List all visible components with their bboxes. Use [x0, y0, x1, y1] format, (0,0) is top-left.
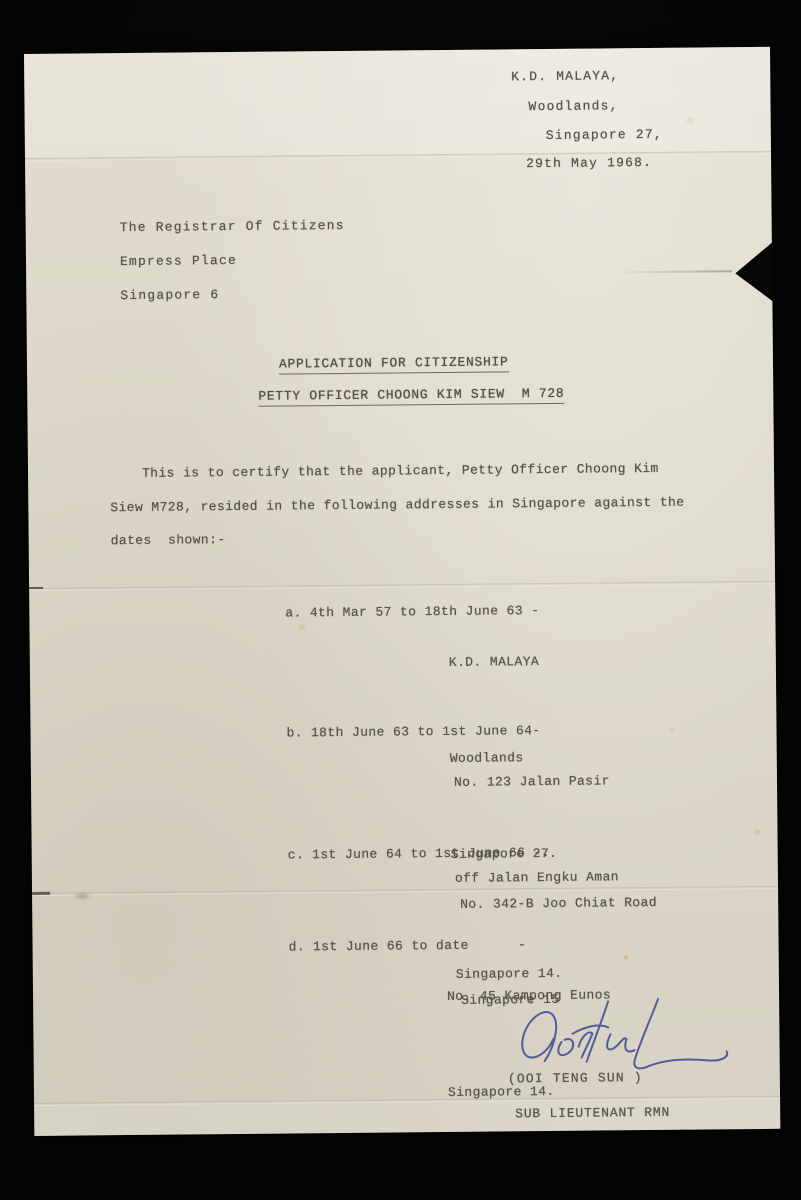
sender-line: Woodlands,: [528, 98, 618, 114]
residence-label: b.: [286, 725, 303, 740]
title-line-1: APPLICATION FOR CITIZENSHIP: [279, 354, 509, 374]
recipient-line: Singapore 6: [120, 287, 219, 303]
title-line-2: PETTY OFFICER CHOONG KIM SIEW M 728: [258, 386, 564, 407]
signatory-rank: SUB LIEUTENANT RMN: [515, 1105, 670, 1121]
sender-line: K.D. MALAYA,: [511, 68, 619, 84]
scanned-letter: K.D. MALAYA, Woodlands, Singapore 27, 29…: [24, 47, 780, 1136]
address-line: No. 123 Jalan Pasir: [454, 765, 618, 799]
stain: [753, 828, 761, 836]
signatory-name: (OOI TENG SUN ): [508, 1070, 643, 1086]
tear-crease-line: [616, 270, 732, 273]
edge-tear: [29, 587, 43, 589]
recipient-line: Empress Place: [120, 253, 237, 269]
residence-label: a.: [285, 605, 302, 620]
sender-line: Singapore 27,: [546, 127, 663, 143]
edge-tear: [32, 892, 50, 895]
address-line: K.D. MALAYA: [449, 646, 556, 679]
stain: [685, 116, 696, 126]
body-line: dates shown:-: [111, 523, 226, 558]
recipient-line: The Registrar Of Citizens: [120, 218, 345, 235]
residence-label: c.: [288, 847, 305, 862]
body-line: Siew M728, resided in the following addr…: [110, 486, 684, 526]
paper-tear: [731, 242, 774, 302]
edge-notch-shadow: [72, 891, 92, 900]
sender-date: 29th May 1968.: [526, 155, 652, 171]
body-line: This is to certify that the applicant, P…: [142, 452, 659, 491]
scan-background: K.D. MALAYA, Woodlands, Singapore 27, 29…: [0, 0, 801, 1200]
stain: [668, 727, 675, 734]
residence-label: d.: [289, 939, 306, 954]
fold-crease: [32, 886, 778, 896]
